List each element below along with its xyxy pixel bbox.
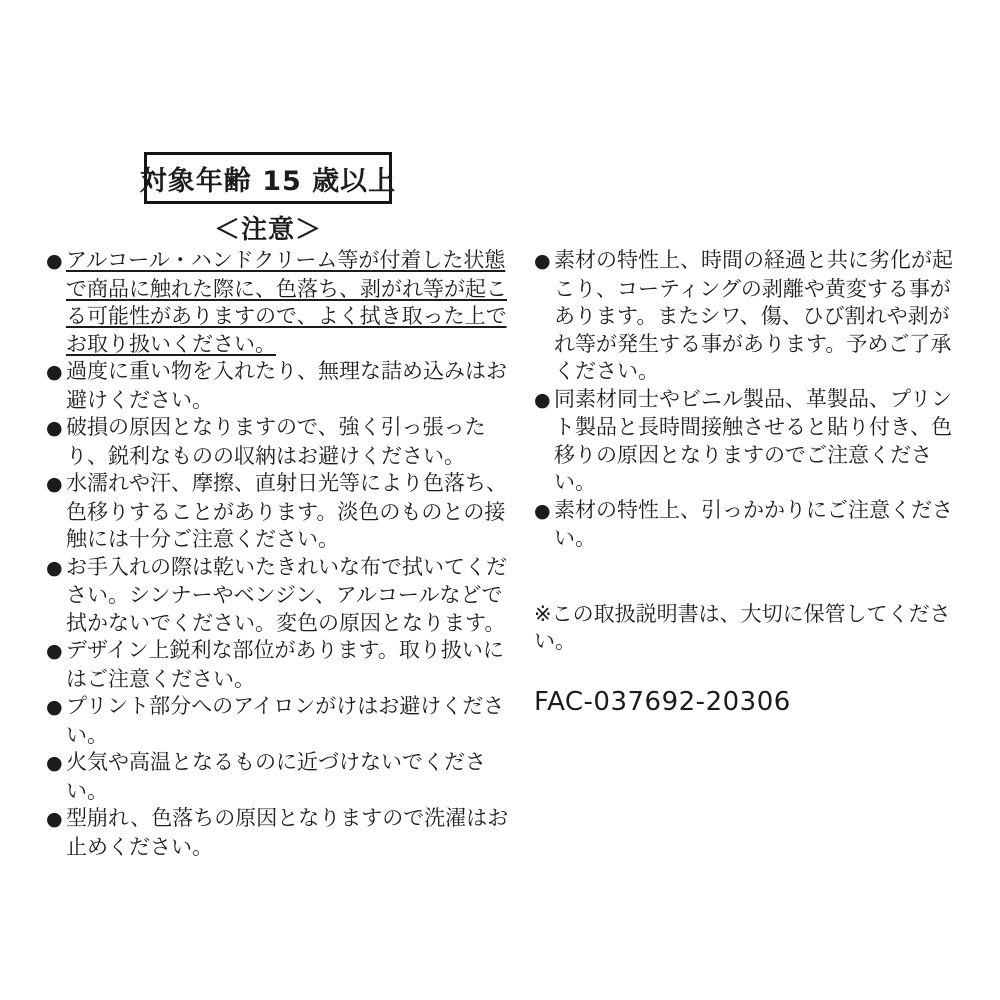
care-note-text: 破損の原因となりますので、強く引っ張ったり、鋭利なものの収納はお避けください。 [66,415,486,468]
care-note-item: ●水濡れや汗、摩擦、直射日光等により色落ち、色移りすることがあります。淡色のもの… [46,470,510,554]
care-note-text: 素材の特性上、引っかかりにご注意ください。 [554,498,953,551]
care-note-item: ●デザイン上鋭利な部位があります。取り扱いにはご注意ください。 [46,637,510,693]
care-note-item: ●素材の特性上、時間の経過と共に劣化が起こり、コーティングの剥離や黄変する事があ… [534,247,966,386]
bullet-dot-icon: ● [46,415,66,443]
bullet-dot-icon: ● [46,806,66,834]
care-note-item: ●プリント部分へのアイロンがけはお避けください。 [46,693,510,749]
bullet-dot-icon: ● [46,471,66,499]
care-note-text: 型崩れ、色落ちの原因となりますので洗濯はお止めください。 [66,806,508,859]
caution-heading: ＜注意＞ [144,209,392,246]
bullet-dot-icon: ● [46,248,66,276]
care-notes-left-column: ●アルコール・ハンドクリーム等が付着した状態で商品に触れた際に、色落ち、剥がれ等… [46,247,510,861]
care-note-text: 過度に重い物を入れたり、無理な詰め込みはお避けください。 [66,359,507,412]
bullet-dot-icon: ● [46,694,66,722]
bullet-dot-icon: ● [46,638,66,666]
care-instructions-page: 対象年齢 15 歳以上 ＜注意＞ ●アルコール・ハンドクリーム等が付着した状態で… [0,0,1000,1000]
care-note-text: アルコール・ハンドクリーム等が付着した状態で商品に触れた際に、色落ち、剥がれ等が… [66,248,507,356]
product-code: FAC-037692-20306 [534,689,966,717]
bullet-dot-icon: ● [46,359,66,387]
care-note-item: ●同素材同士やビニル製品、革製品、プリント製品と長時間接触させると貼り付き、色移… [534,386,966,497]
bullet-dot-icon: ● [46,555,66,583]
care-note-text: 火気や高温となるものに近づけないでください。 [66,750,486,803]
care-note-text: 素材の特性上、時間の経過と共に劣化が起こり、コーティングの剥離や黄変する事があり… [554,248,953,383]
care-note-item: ●破損の原因となりますので、強く引っ張ったり、鋭利なものの収納はお避けください。 [46,414,510,470]
care-notes-right-column: ●素材の特性上、時間の経過と共に劣化が起こり、コーティングの剥離や黄変する事があ… [534,247,966,716]
care-note-text: 同素材同士やビニル製品、革製品、プリント製品と長時間接触させると貼り付き、色移り… [554,387,952,495]
care-note-text: 水濡れや汗、摩擦、直射日光等により色落ち、色移りすることがあります。淡色のものと… [66,471,507,551]
bullet-dot-icon: ● [46,750,66,778]
bullet-dot-icon: ● [534,387,554,415]
care-note-text: プリント部分へのアイロンがけはお避けください。 [66,694,504,747]
care-note-item: ●お手入れの際は乾いたきれいな布で拭いてください。シンナーやベンジン、アルコール… [46,554,510,638]
care-note-item: ●型崩れ、色落ちの原因となりますので洗濯はお止めください。 [46,805,510,861]
care-note-text: お手入れの際は乾いたきれいな布で拭いてください。シンナーやベンジン、アルコールな… [66,555,507,635]
age-rating-box: 対象年齢 15 歳以上 [144,152,392,204]
care-note-item: ●過度に重い物を入れたり、無理な詰め込みはお避けください。 [46,358,510,414]
care-note-item: ●素材の特性上、引っかかりにご注意ください。 [534,497,966,553]
care-note-text: デザイン上鋭利な部位があります。取り扱いにはご注意ください。 [66,638,504,691]
age-rating-label: 対象年齢 15 歳以上 [140,159,396,198]
care-note-item: ●火気や高温となるものに近づけないでください。 [46,749,510,805]
bullet-dot-icon: ● [534,498,554,526]
care-note-item: ●アルコール・ハンドクリーム等が付着した状態で商品に触れた際に、色落ち、剥がれ等… [46,247,510,358]
bullet-dot-icon: ● [534,248,554,276]
storage-note: ※この取扱説明書は、大切に保管してください。 [534,601,966,656]
